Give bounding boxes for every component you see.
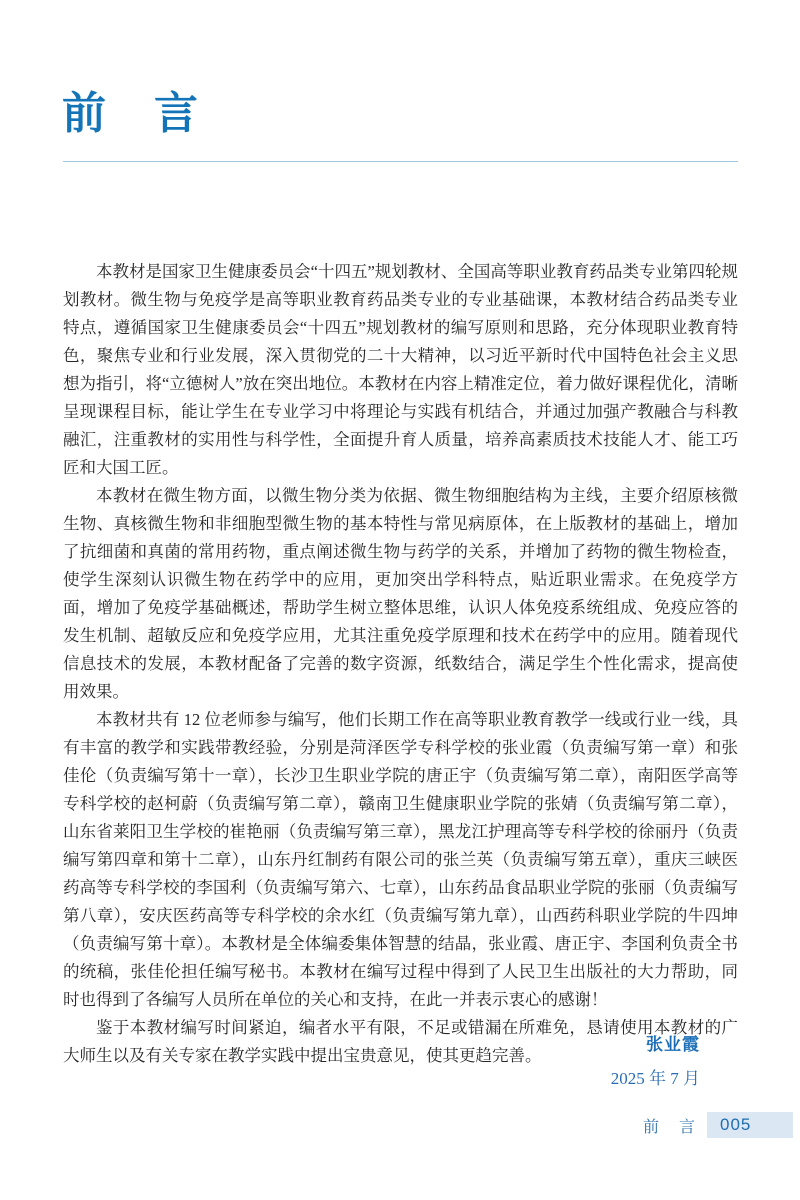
preface-page: 前 言 本教材是国家卫生健康委员会“十四五”规划教材、全国高等职业教育药品类专业… (0, 0, 800, 1200)
signature-block: 张业霞 2025 年 7 月 (611, 1030, 700, 1089)
page-number: 005 (720, 1115, 751, 1135)
preface-body: 本教材是国家卫生健康委员会“十四五”规划教材、全国高等职业教育药品类专业第四轮规… (63, 258, 738, 1070)
footer-section-label: 前 言 (643, 1114, 697, 1137)
signature-date: 2025 年 7 月 (611, 1064, 700, 1089)
signature-name: 张业霞 (611, 1030, 700, 1055)
page-title: 前 言 (62, 88, 200, 141)
footer: 前 言 005 (643, 1112, 793, 1138)
preface-paragraph: 本教材在微生物方面，以微生物分类为依据、微生物细胞结构为主线，主要介绍原核微生物… (63, 482, 738, 706)
preface-paragraph: 本教材是国家卫生健康委员会“十四五”规划教材、全国高等职业教育药品类专业第四轮规… (63, 258, 738, 482)
title-divider-rule (63, 161, 738, 162)
page-number-badge: 005 (707, 1112, 793, 1138)
preface-paragraph: 本教材共有 12 位老师参与编写，他们长期工作在高等职业教育教学一线或行业一线，… (63, 706, 738, 1014)
